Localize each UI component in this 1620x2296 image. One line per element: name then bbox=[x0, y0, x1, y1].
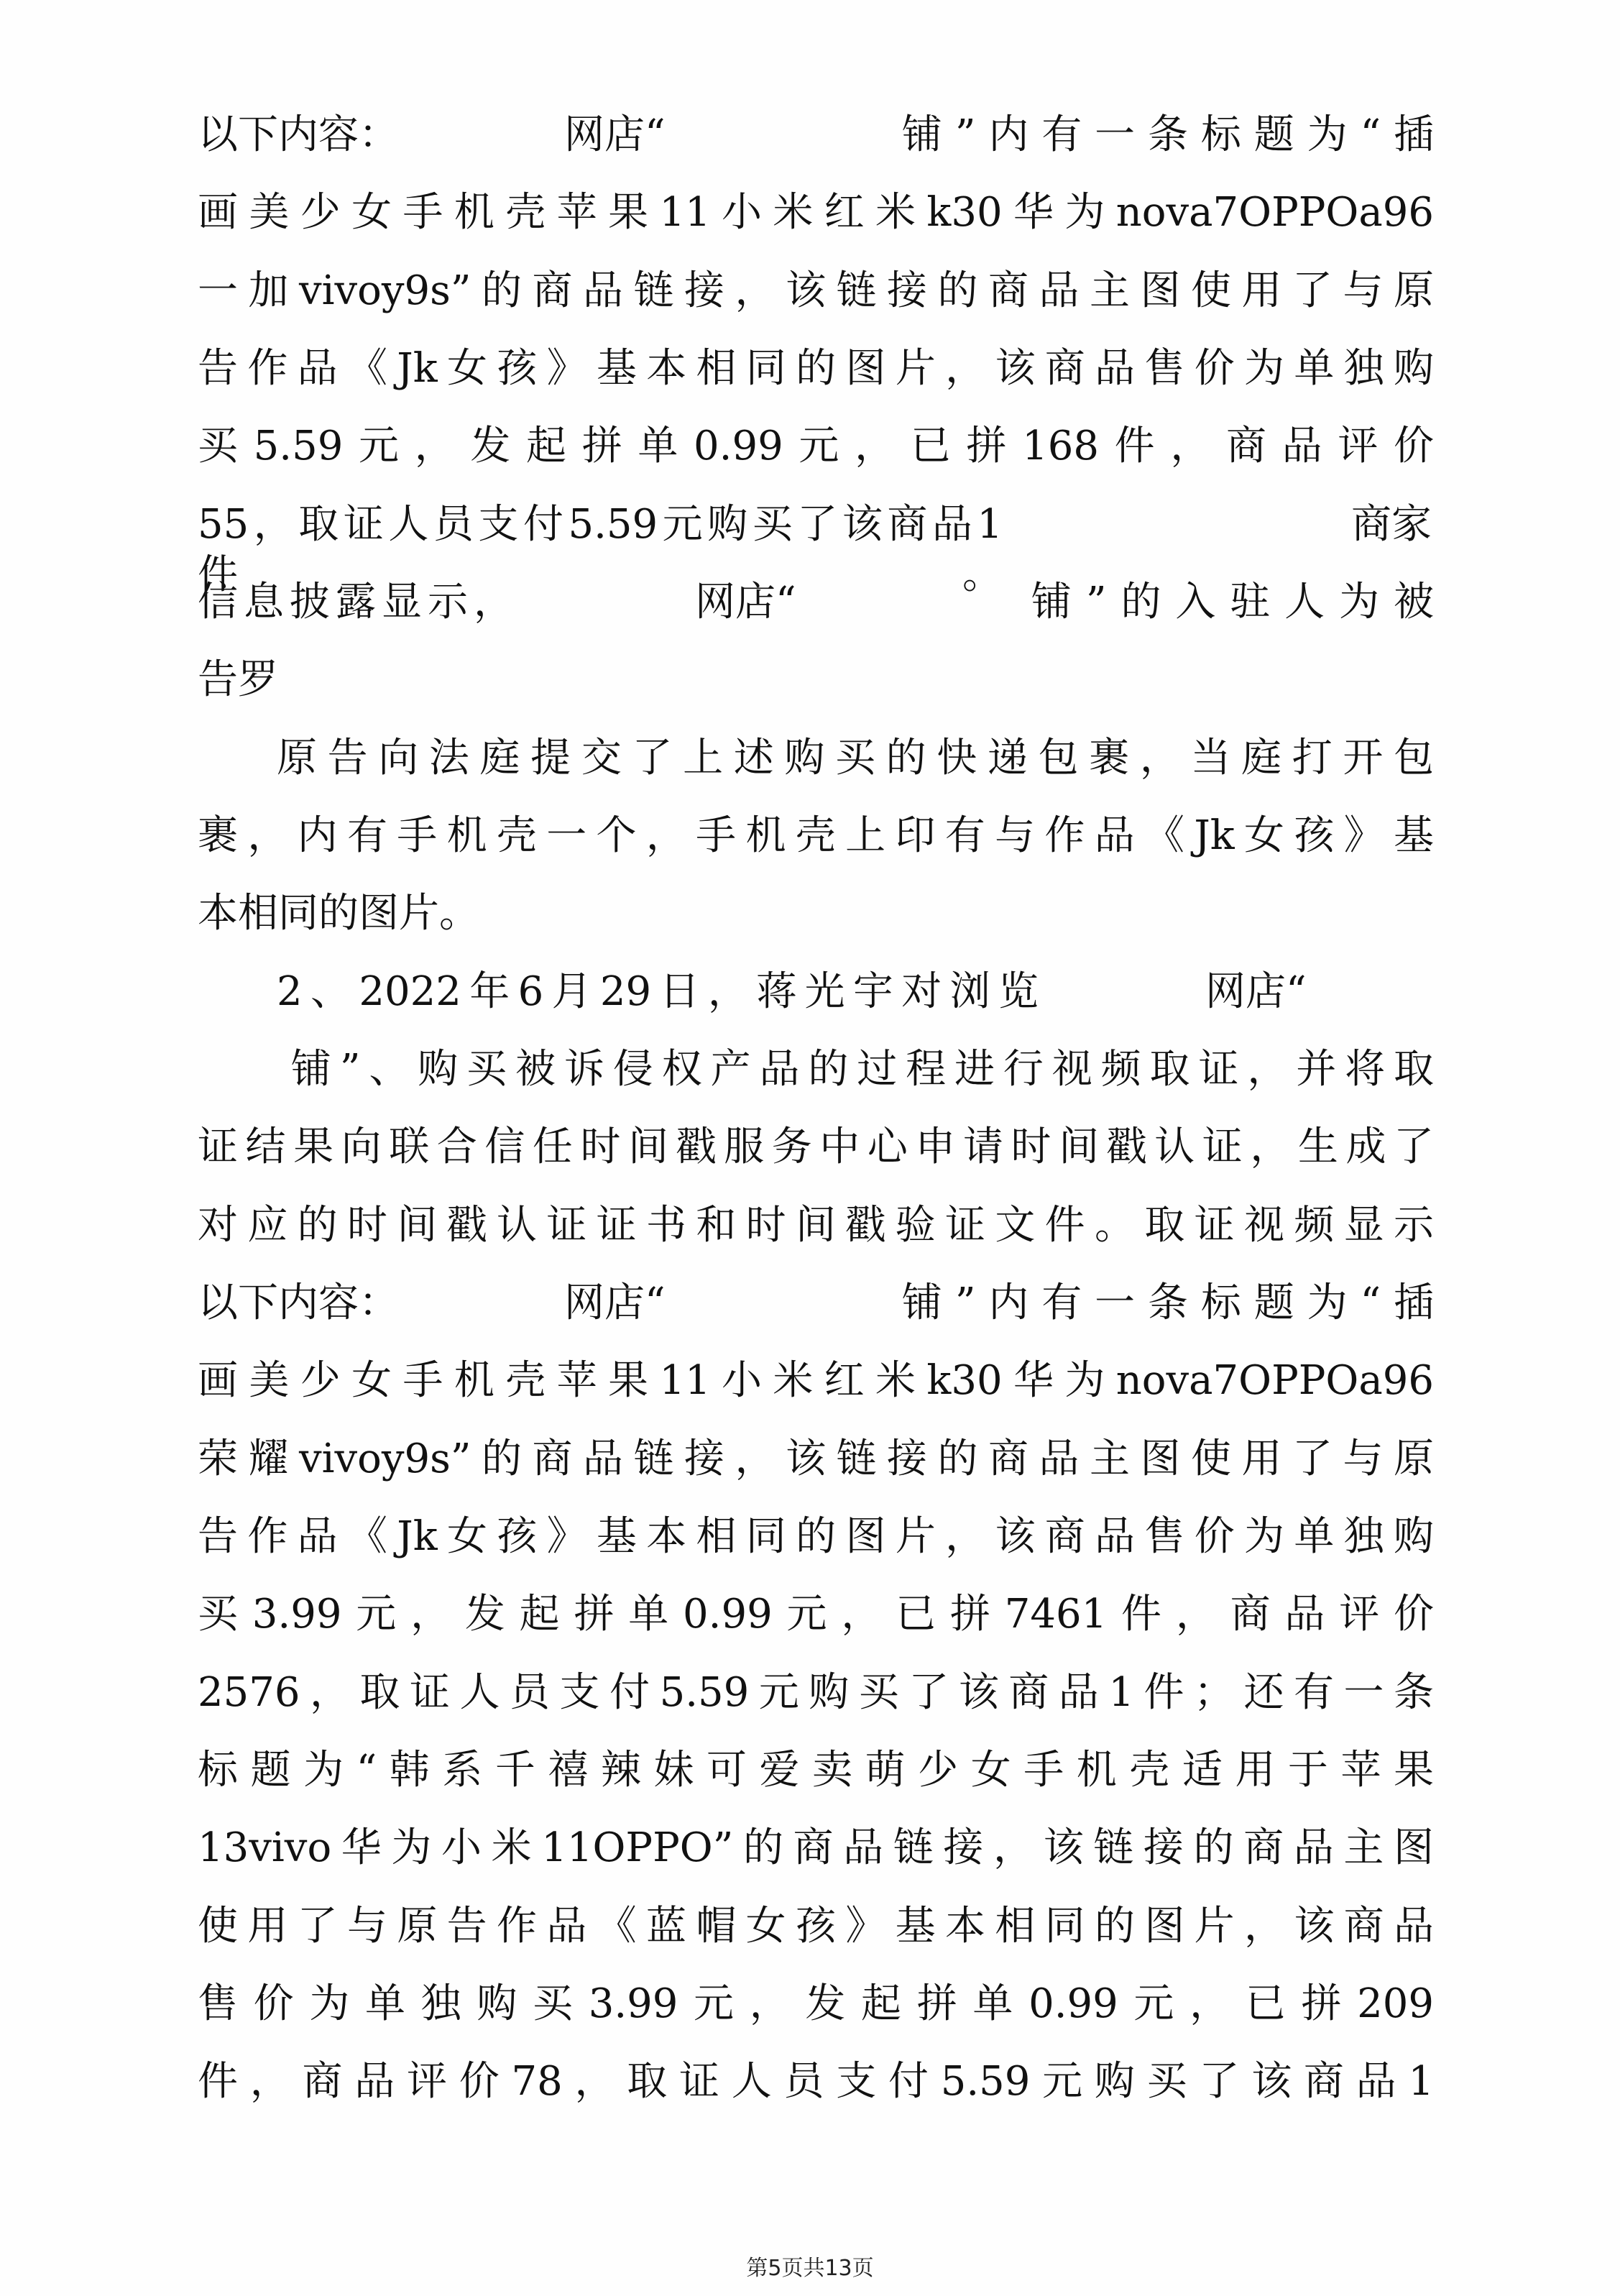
text-segment: 铺”内有一条标题为“插 bbox=[902, 1278, 1434, 1328]
text-line: 证结果向联合信任时间戳服务中心申请时间戳认证，生成了 bbox=[198, 1122, 1434, 1172]
text-line: 本相同的图片。 bbox=[198, 888, 1434, 939]
text-line: 售价为单独购买3.99元，发起拼单0.99元，已拼209 bbox=[198, 1979, 1434, 2029]
text-segment: 网店“ bbox=[695, 577, 796, 628]
text-segment: 铺”、购买被诉侵权产品的过程进行视频取证，并将取 bbox=[291, 1044, 1434, 1095]
text-line: 画美少女手机壳苹果11小米红米k30华为nova7OPPOa96 bbox=[198, 1356, 1434, 1406]
text-line: 画美少女手机壳苹果11小米红米k30华为nova7OPPOa96 bbox=[198, 188, 1434, 238]
text-line: 信息披露显示， 网店“ 铺”的入驻人为被 bbox=[198, 577, 1434, 628]
text-segment: 信息披露显示， bbox=[198, 577, 514, 628]
text-line: 告作品《Jk女孩》基本相同的图片，该商品售价为单独购 bbox=[198, 344, 1434, 394]
text-segment: 本相同的图片。 bbox=[198, 888, 479, 939]
text-line: 2576，取证人员支付5.59元购买了该商品1件；还有一条 bbox=[198, 1668, 1434, 1718]
text-line: 对应的时间戳认证证书和时间戳验证文件。取证视频显示 bbox=[198, 1200, 1434, 1251]
text-segment: 铺”内有一条标题为“插 bbox=[902, 110, 1434, 160]
text-line: 标题为“韩系千禧辣妹可爱卖萌少女手机壳适用于苹果 bbox=[198, 1745, 1434, 1796]
text-segment: 商家 bbox=[1351, 500, 1432, 550]
document-page: 以下内容： 网店“ 铺”内有一条标题为“插 画美少女手机壳苹果11小米红米k30… bbox=[0, 0, 1620, 2296]
text-segment: 告罗 bbox=[198, 655, 278, 705]
text-line: 使用了与原告作品《蓝帽女孩》基本相同的图片，该商品 bbox=[198, 1901, 1434, 1952]
text-line: 件，商品评价78，取证人员支付5.59元购买了该商品1 bbox=[198, 2057, 1434, 2107]
text-segment: 2、2022年6月29日，蒋光宇对浏览 bbox=[277, 967, 1039, 1017]
text-line: 买3.99元，发起拼单0.99元，已拼7461件，商品评价 bbox=[198, 1589, 1434, 1640]
text-segment: 以下内容： bbox=[198, 110, 399, 160]
text-segment: 铺”的入驻人为被 bbox=[1031, 577, 1434, 628]
page-number: 第5页共13页 bbox=[0, 2256, 1620, 2282]
paragraph-first-line: 2、2022年6月29日，蒋光宇对浏览 网店“ bbox=[198, 967, 1434, 1017]
text-segment: 网店“ bbox=[564, 110, 666, 160]
text-line: 告罗 bbox=[198, 655, 1434, 705]
text-segment: 网店“ bbox=[1205, 967, 1307, 1017]
text-line: 55，取证人员支付5.59元购买了该商品1件。 商家 bbox=[198, 500, 1434, 550]
text-line: 告作品《Jk女孩》基本相同的图片，该商品售价为单独购 bbox=[198, 1512, 1434, 1562]
text-line: 以下内容： 网店“ 铺”内有一条标题为“插 bbox=[198, 110, 1434, 160]
text-segment: 网店“ bbox=[564, 1278, 666, 1328]
text-line: 荣耀vivoy9s”的商品链接，该链接的商品主图使用了与原 bbox=[198, 1434, 1434, 1484]
text-segment: 以下内容： bbox=[198, 1278, 399, 1328]
text-line: 买5.59元，发起拼单0.99元，已拼168件，商品评价 bbox=[198, 421, 1434, 472]
paragraph-first-line: 原告向法庭提交了上述购买的快递包裹，当庭打开包 bbox=[277, 733, 1434, 784]
text-line: 以下内容： 网店“ 铺”内有一条标题为“插 bbox=[198, 1278, 1434, 1328]
text-line: 13vivo华为小米11OPPO”的商品链接，该链接的商品主图 bbox=[198, 1823, 1434, 1873]
text-line: 裹，内有手机壳一个，手机壳上印有与作品《Jk女孩》基 bbox=[198, 811, 1434, 861]
text-line: 一加vivoy9s”的商品链接，该链接的商品主图使用了与原 bbox=[198, 266, 1434, 316]
text-line: 铺”、购买被诉侵权产品的过程进行视频取证，并将取 bbox=[198, 1044, 1434, 1095]
